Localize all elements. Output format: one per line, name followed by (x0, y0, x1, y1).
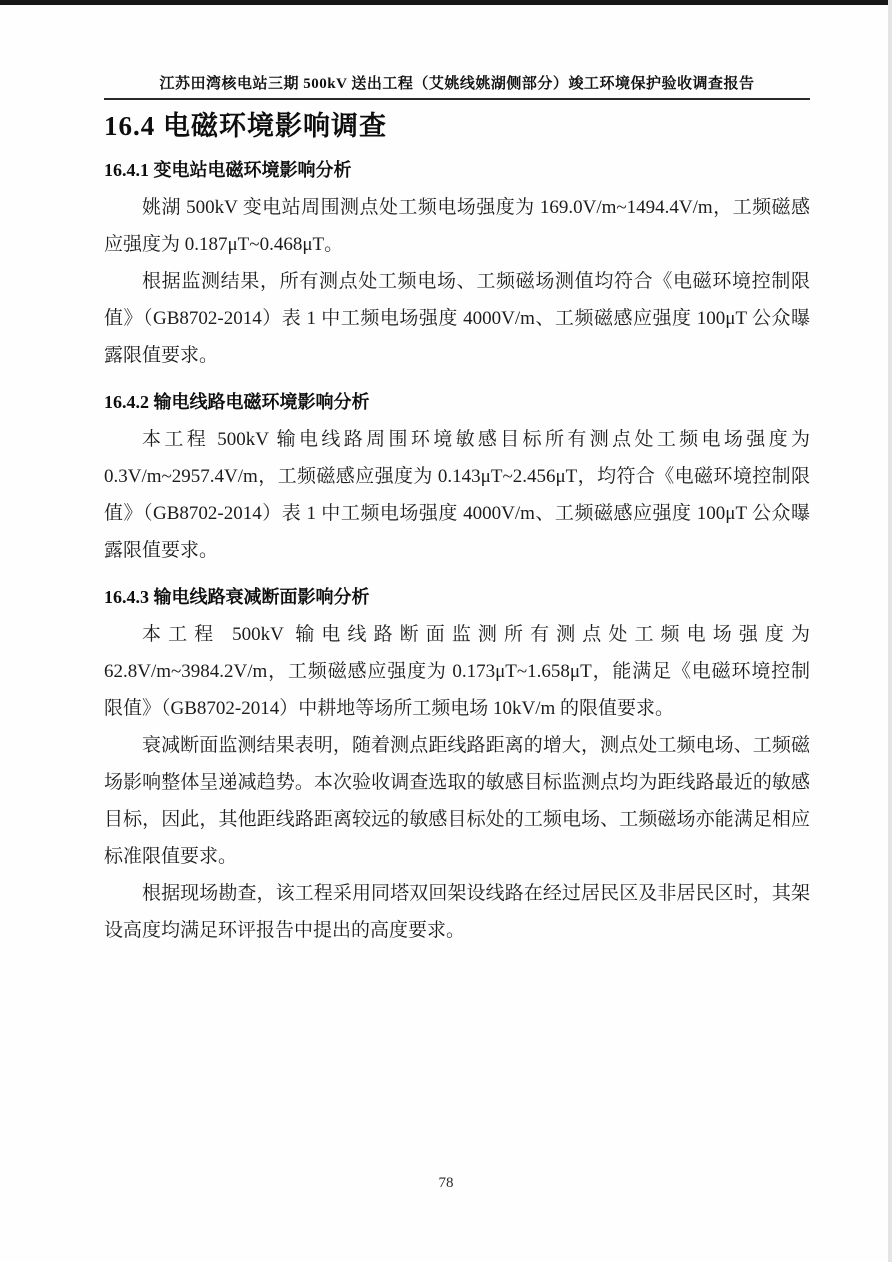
chapter-title: 16.4 电磁环境影响调查 (104, 110, 810, 142)
paragraph: 本工程 500kV 输电线路断面监测所有测点处工频电场强度为 62.8V/m~3… (104, 616, 810, 727)
document-page: 江苏田湾核电站三期 500kV 送出工程（艾姚线姚湖侧部分）竣工环境保护验收调查… (0, 0, 892, 1262)
subsection-heading-16-4-3: 16.4.3 输电线路衰减断面影响分析 (104, 585, 810, 610)
running-header: 江苏田湾核电站三期 500kV 送出工程（艾姚线姚湖侧部分）竣工环境保护验收调查… (104, 74, 810, 94)
subsection-heading-16-4-2: 16.4.2 输电线路电磁环境影响分析 (104, 390, 810, 415)
paragraph: 衰减断面监测结果表明，随着测点距线路距离的增大，测点处工频电场、工频磁场影响整体… (104, 727, 810, 875)
page-number: 78 (0, 1175, 892, 1192)
header-rule (104, 98, 810, 100)
paragraph: 根据监测结果，所有测点处工频电场、工频磁场测值均符合《电磁环境控制限值》（GB8… (104, 263, 810, 374)
page-content: 江苏田湾核电站三期 500kV 送出工程（艾姚线姚湖侧部分）竣工环境保护验收调查… (104, 0, 810, 949)
paragraph: 姚湖 500kV 变电站周围测点处工频电场强度为 169.0V/m~1494.4… (104, 189, 810, 263)
subsection-heading-16-4-1: 16.4.1 变电站电磁环境影响分析 (104, 158, 810, 183)
scan-artifact-right-edge (888, 0, 892, 1262)
paragraph: 本工程 500kV 输电线路周围环境敏感目标所有测点处工频电场强度为 0.3V/… (104, 421, 810, 569)
paragraph: 根据现场勘查，该工程采用同塔双回架设线路在经过居民区及非居民区时，其架设高度均满… (104, 875, 810, 949)
